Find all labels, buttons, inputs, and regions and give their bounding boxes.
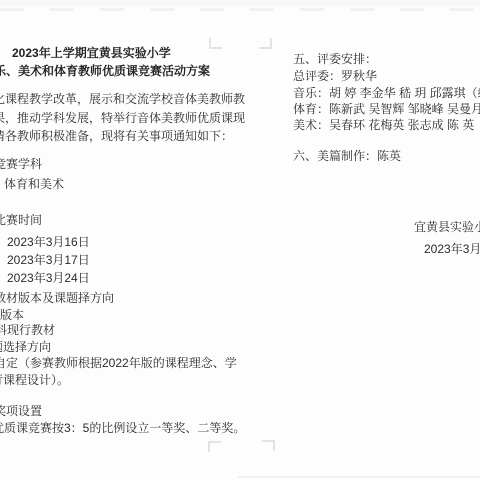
left-text-line: 2023年3月16日	[7, 235, 90, 249]
left-text-line: 行课程设计）。	[0, 373, 69, 387]
corner-mark-top-right	[259, 38, 272, 49]
corner-mark-bottom-left	[208, 441, 221, 452]
top-edge-band	[0, 0, 480, 6]
left-text-line: 奖项设置	[0, 404, 42, 418]
left-text-line: 2023年3月17日	[7, 253, 90, 267]
right-text-line: 体育：陈新武 吴智辉 邹晓峰 吴曼月（统	[293, 102, 480, 116]
left-text-line: 乐、美术和体育教师优质课竞赛活动方案	[0, 64, 210, 78]
left-text-line: 体育和美术	[4, 177, 64, 191]
right-text-line: 五、评委安排：	[293, 52, 377, 66]
left-text-line: 2023年3月24日	[7, 271, 90, 285]
right-text-line: 2023年3月	[424, 242, 480, 256]
document-canvas: 2023年上学期宜黄县实验小学乐、美术和体育教师优质课竞赛活动方案化课程教学改革…	[0, 0, 480, 480]
left-text-line: 比赛时间	[0, 213, 42, 227]
bottom-edge-line	[238, 476, 480, 478]
right-text-line: 宜黄县实验小学	[414, 220, 480, 234]
left-text-line: 2023年上学期宜黄县实验小学	[12, 46, 171, 60]
right-text-line: 音乐：胡 婷 李金华 嵇 玥 邱露琪（统分	[293, 86, 480, 100]
left-text-line: 教材版本及课题择方向	[0, 291, 114, 305]
corner-mark-bottom-right	[262, 440, 275, 451]
left-text-line: 题选择方向	[0, 340, 51, 354]
left-text-line: 版本	[0, 308, 24, 322]
left-text-line: 化课程教学改革，展示和交流学校音体美教师教	[0, 92, 245, 106]
left-text-line: 优质课竞赛按3：5的比例设立一等奖、二等奖。	[0, 421, 245, 435]
left-text-line: 竞赛学科	[0, 157, 42, 171]
left-text-line: 果，推动学科发展，特举行音体美教师优质课现	[0, 111, 245, 125]
right-text-line: 六、美篇制作：陈英	[293, 149, 401, 163]
corner-mark-top-left	[209, 38, 222, 49]
left-text-line: 自定（参赛教师根据2022年版的课程理念、学	[0, 356, 237, 370]
left-text-line: 科现行教材	[0, 323, 55, 337]
top-dashed-line	[0, 8, 480, 11]
left-text-line: 请各教师积极准备，现将有关事项通知如下：	[0, 129, 233, 143]
right-text-line: 总评委：罗秋华	[293, 69, 377, 83]
right-text-line: 美术：吴春环 花梅英 张志成 陈 英 （统	[293, 118, 480, 132]
